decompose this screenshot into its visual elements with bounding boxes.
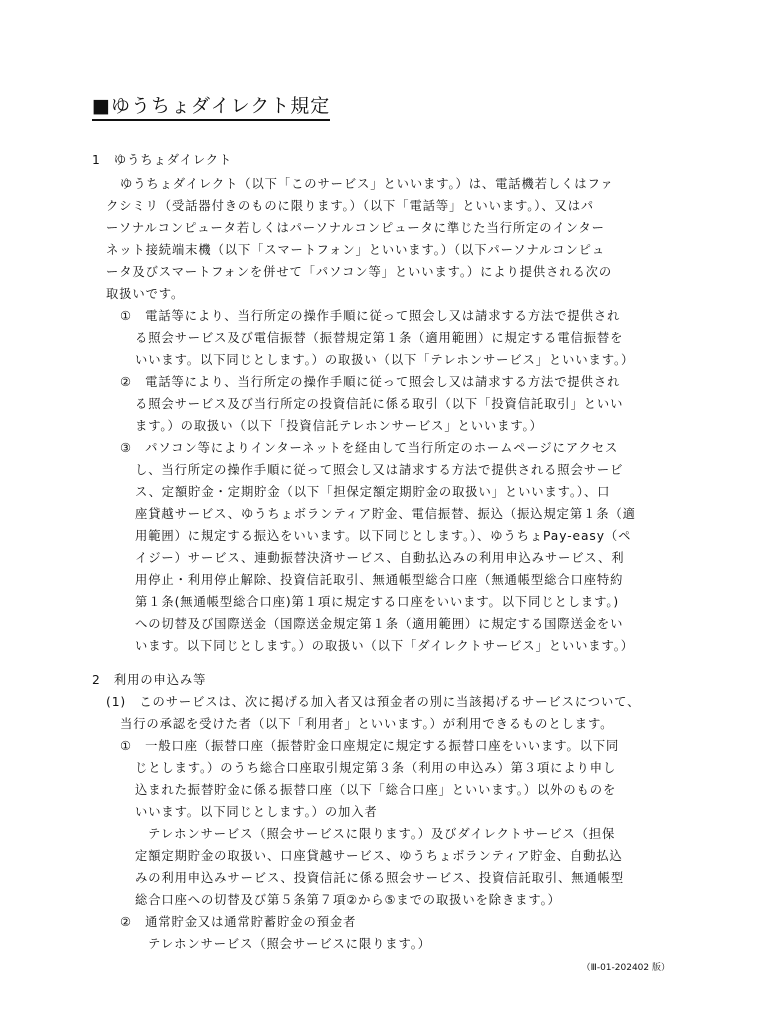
list-item-3-line: 第１条(無通帳型総合口座)第１項に規定する口座をいいます。以下同じとします。) [135, 592, 619, 612]
section-1-heading: 1 ゆうちょダイレクト [92, 150, 232, 170]
list-item-3-line: います。以下同じとします。）の取扱い（以下「ダイレクトサービス」といいます。） [135, 636, 634, 656]
list-item-3-line: 用停止・利用停止解除、投資信託取引、無通帳型総合口座（無通帳型総合口座特約 [135, 570, 623, 590]
paragraph-line: クシミリ（受話器付きのものに限ります。）（以下「電話等」といいます。）、又はパ [106, 196, 594, 216]
paragraph-line: ゆうちょダイレクト（以下「このサービス」といいます。）は、電話機若しくはファ [120, 174, 614, 194]
paragraph-line: ネット接続端末機（以下「スマートフォン」といいます。）（以下パーソナルコンピュ [106, 240, 605, 260]
service-line: 総合口座への切替及び第５条第７項②から⑤までの取扱いを除きます。） [135, 890, 561, 910]
version-footer: （Ⅲ-01-202402 版） [582, 960, 670, 973]
list-item-2-line: ます。）の取扱い（以下「投資信託テレホンサービス」といいます。） [135, 416, 543, 436]
service-line: 定額定期貯金の取扱い、口座貸越サービス、ゆうちょボランティア貯金、自動払込 [135, 846, 623, 866]
paragraph-line: ータ及びスマートフォンを併せて「パソコン等」といいます。）により提供される次の [106, 262, 612, 282]
list-item-3-line: への切替及び国際送金（国際送金規定第１条（適用範囲）に規定する国際送金をい [135, 614, 623, 634]
list-item-3-line: ス、定額貯金・定期貯金（以下「担保定額定期貯金の取扱い」といいます。）、口 [135, 482, 610, 502]
service-line: テレホンサービス（照会サービスに限ります。）及びダイレクトサービス（担保 [148, 824, 615, 844]
list-item-1-line: いいます。以下同じとします。）の加入者 [135, 802, 378, 822]
list-item-3-line: イジー）サービス、連動振替決済サービス、自動払込みの利用申込みサービス、利 [135, 548, 624, 568]
service-line: みの利用申込みサービス、投資信託に係る照会サービス、投資信託取引、無通帳型 [135, 868, 624, 888]
list-item-3-line: 用範囲）に規定する振込をいいます。以下同じとします。）、ゆうちょPay-easy… [135, 526, 631, 546]
list-item-3-line: ③ パソコン等によりインターネットを経由して当行所定のホームページにアクセス [120, 438, 618, 458]
list-item-1-line: る照会サービス及び電信振替（振替規定第１条（適用範囲）に規定する電信振替を [135, 328, 623, 348]
paragraph-line: 取扱いです。 [106, 284, 184, 304]
list-item-2-line: ② 電話等により、当行所定の操作手順に従って照会し又は請求する方法で提供され [120, 372, 620, 392]
list-item-1-line: いいます。以下同じとします。）の取扱い（以下「テレホンサービス」といいます。） [135, 350, 634, 370]
section-2-heading: 2 利用の申込み等 [92, 670, 206, 690]
paragraph-line: ーソナルコンピュータ若しくはパーソナルコンピュータに準じた当行所定のインター [106, 218, 605, 238]
list-item-3-line: 座貸越サービス、ゆうちょボランティア貯金、電信振替、振込（振込規定第１条（適 [135, 504, 636, 524]
document-title: ■ゆうちょダイレクト規定 [92, 94, 330, 121]
list-item-1-line: 込まれた振替貯金に係る振替口座（以下「総合口座」といいます。）以外のものを [135, 780, 616, 800]
subsection-line: 当行の承認を受けた者（以下「利用者」といいます。）が利用できるものとします。 [120, 714, 613, 734]
list-item-2-line: る照会サービス及び当行所定の投資信託に係る取引（以下「投資信託取引」といい [135, 394, 623, 414]
list-item-3-line: し、当行所定の操作手順に従って照会し又は請求する方法で提供される照会サービ [135, 460, 623, 480]
list-item-2-line: ② 通常貯金又は通常貯蓄貯金の預金者 [120, 912, 356, 932]
service-line: テレホンサービス（照会サービスに限ります。） [148, 934, 431, 954]
list-item-1-line: ① 電話等により、当行所定の操作手順に従って照会し又は請求する方法で提供され [120, 306, 620, 326]
list-item-1-line: ① 一般口座（振替口座（振替貯金口座規定に規定する振替口座をいいます。以下同 [120, 736, 619, 756]
list-item-1-line: じとします。）のうち総合口座取引規定第３条（利用の申込み）第３項により申し [135, 758, 616, 778]
subsection-line: (1) このサービスは、次に掲げる加入者又は預金者の別に当該掲げるサービスについ… [106, 692, 640, 712]
